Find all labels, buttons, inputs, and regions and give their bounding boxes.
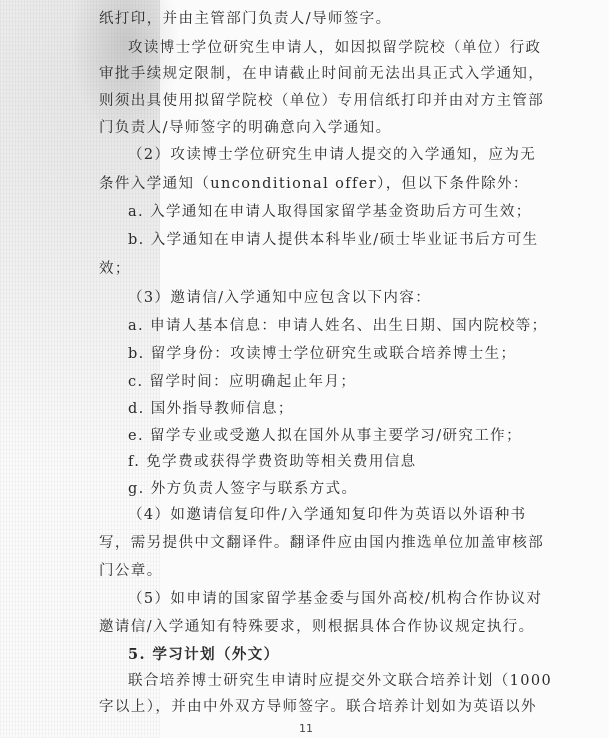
list-item-a: a. 申请人基本信息：申请人姓名、出生日期、国内院校等； (128, 316, 548, 336)
paragraph-start: 攻读博士学位研究生申请人，如因拟留学院校（单位）行政 (128, 38, 541, 58)
text-line: 效； (99, 259, 131, 279)
section-item-3: （3）邀请信/入学通知中应包含以下内容： (128, 288, 431, 308)
section-item-5: （5）如申请的国家留学基金委与国外高校/机构合作协议对 (128, 589, 542, 609)
text-line: 门公章。 (99, 561, 163, 581)
text-line: 则须出具使用拟留学院校（单位）专用信纸打印并由对方主管部 (99, 91, 544, 111)
page-number: 11 (299, 722, 313, 735)
list-item-e: e. 留学专业或受邀人拟在国外从事主要学习/研究工作； (128, 426, 522, 446)
list-item-f: f. 免学费或获得学费资助等相关费用信息 (128, 452, 417, 472)
text-line: 条件入学通知（unconditional offer），但以下条件除外： (99, 174, 529, 194)
section-heading: 5. 学习计划（外文） (128, 645, 280, 665)
text-line: 写，需另提供中文翻译件。翻译件应由国内推选单位加盖审核部 (99, 533, 544, 553)
text-line: 纸打印，并由主管部门负责人/导师签字。 (99, 9, 391, 29)
text-line: 字以上），并由中外双方导师签字。联合培养计划如为英语以外 (99, 697, 537, 717)
text-line: 门负责人/导师签字的明确意向入学通知。 (99, 118, 391, 138)
list-item-b: b. 留学身份：攻读博士学位研究生或联合培养博士生； (128, 344, 516, 364)
list-item-a: a. 入学通知在申请人取得国家留学基金资助后方可生效； (128, 202, 532, 222)
text-line: 邀请信/入学通知有特殊要求，则根据具体合作协议规定执行。 (99, 617, 535, 637)
list-item-b: b. 入学通知在申请人提供本科毕业/硕士毕业证书后方可生 (128, 230, 539, 250)
document-page: 纸打印，并由主管部门负责人/导师签字。 攻读博士学位研究生申请人，如因拟留学院校… (0, 0, 609, 738)
text-line: 审批手续规定限制，在申请截止时间前无法出具正式入学通知， (99, 64, 544, 84)
list-item-c: c. 留学时间：应明确起止年月； (128, 372, 356, 392)
section-item-2: （2）攻读博士学位研究生申请人提交的入学通知，应为无 (128, 145, 536, 165)
paragraph-start: 联合培养博士研究生申请时应提交外文联合培养计划（1000 (128, 671, 552, 691)
list-item-d: d. 国外指导教师信息； (128, 399, 294, 419)
section-item-4: （4）如邀请信复印件/入学通知复印件为英语以外语种书 (128, 505, 527, 525)
list-item-g: g. 外方负责人签字与联系方式。 (128, 479, 357, 499)
